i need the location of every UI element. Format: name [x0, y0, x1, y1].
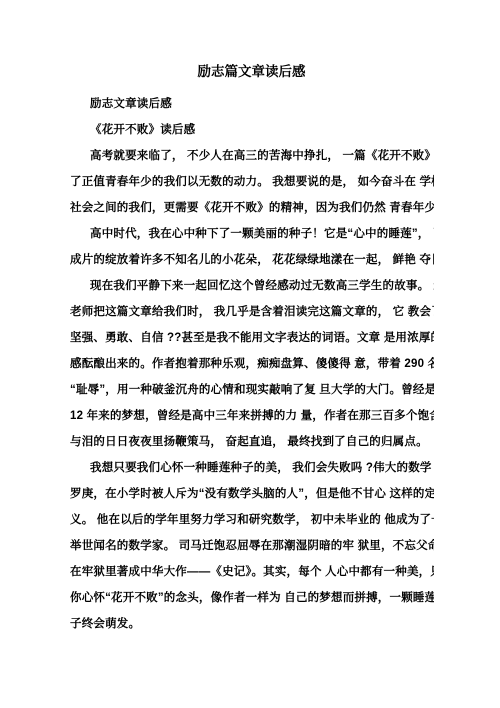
paragraph-6-line-3: 义。 他在以后的学年里努力学习和研究数学， 初中未毕业的 他成为了一个 — [70, 507, 434, 533]
document-title: 励志篇文章读后感 — [70, 58, 433, 85]
paragraph-6-line-6: 你心怀“花开不败”的念头，像作者一样为 自己的梦想而拼搏，一颗睡莲种 — [70, 585, 434, 611]
paragraph-2-line-1: 《花开不败》读后感 — [70, 117, 434, 143]
paragraph-3-line-3: 社会之间的我们，更需要《花开不败》的精神，因为我们仍然 青春年少！ — [70, 195, 434, 221]
paragraph-3-line-2: 了正值青春年少的我们以无数的动力。 我想要说的是， 如今奋斗在 学校与 — [70, 169, 434, 195]
paragraph-6-line-1: 我想只要我们心怀一种睡莲种子的美， 我们会失败吗 ?伟大的数学 家华 — [70, 455, 434, 481]
paragraph-6-line-4: 举世闻名的数学家。 司马迁饱忍屈辱在那潮湿阴暗的牢 狱里，不忘父命， — [70, 533, 434, 559]
paragraph-6-line-2: 罗庚，在小学时被人斥为“没有数学头脑的人”，但是他不甘心 这样的定 — [70, 481, 434, 507]
document-body: 励志文章读后感《花开不败》读后感高考就要来临了， 不少人在高三的苦海中挣扎， 一… — [70, 91, 434, 637]
paragraph-4-line-2: 成片的绽放着许多不知名儿的小花朵， 花花绿绿地漾在一起， 鲜艳 夺目。 — [70, 247, 434, 273]
paragraph-4-line-1: 高中时代，我在心中种下了一颗美丽的种子！它是“心中的睡莲”， 已 — [70, 221, 434, 247]
paragraph-5-line-5: “耻辱”，用一种破釜沉舟的心情和现实敲响了复 旦大学的大门。曾经是 — [70, 377, 434, 403]
document-page: 励志篇文章读后感 励志文章读后感《花开不败》读后感高考就要来临了， 不少人在高三… — [0, 0, 500, 708]
paragraph-5-line-1: 现在我们平静下来一起回忆这个曾经感动过无数高三学生的故事。 当初 — [70, 273, 434, 299]
paragraph-5-line-4: 感酝酿出来的。作者抱着那种乐观，痴痴盘算、傻傻得 意，带着 290 名的 — [70, 351, 434, 377]
paragraph-3-line-1: 高考就要来临了， 不少人在高三的苦海中挣扎， 一篇《花开不败》 给 — [70, 143, 434, 169]
paragraph-5-line-2: 老师把这篇文章给我们时， 我几乎是含着泪读完这篇文章的， 它 教会了我 — [70, 299, 434, 325]
paragraph-5-line-6: 12 年来的梦想，曾经是高中三年来拼搏的力 量，作者在那三百多个饱含汗 — [70, 403, 434, 429]
paragraph-1-line-1: 励志文章读后感 — [70, 91, 434, 117]
paragraph-5-line-7: 与泪的日日夜夜里扬鞭策马， 奋起直追， 最终找到了自己的归属点。 — [70, 429, 434, 455]
paragraph-6-line-5: 在牢狱里著成中华大作——《史记》。其实，每个 人心中都有一种美，只要 — [70, 559, 434, 585]
paragraph-6-line-7: 子终会萌发。 — [70, 611, 434, 637]
paragraph-5-line-3: 坚强、勇敢、自信 ??甚至是我不能用文字表达的词语。文章 是用浓厚的情 — [70, 325, 434, 351]
